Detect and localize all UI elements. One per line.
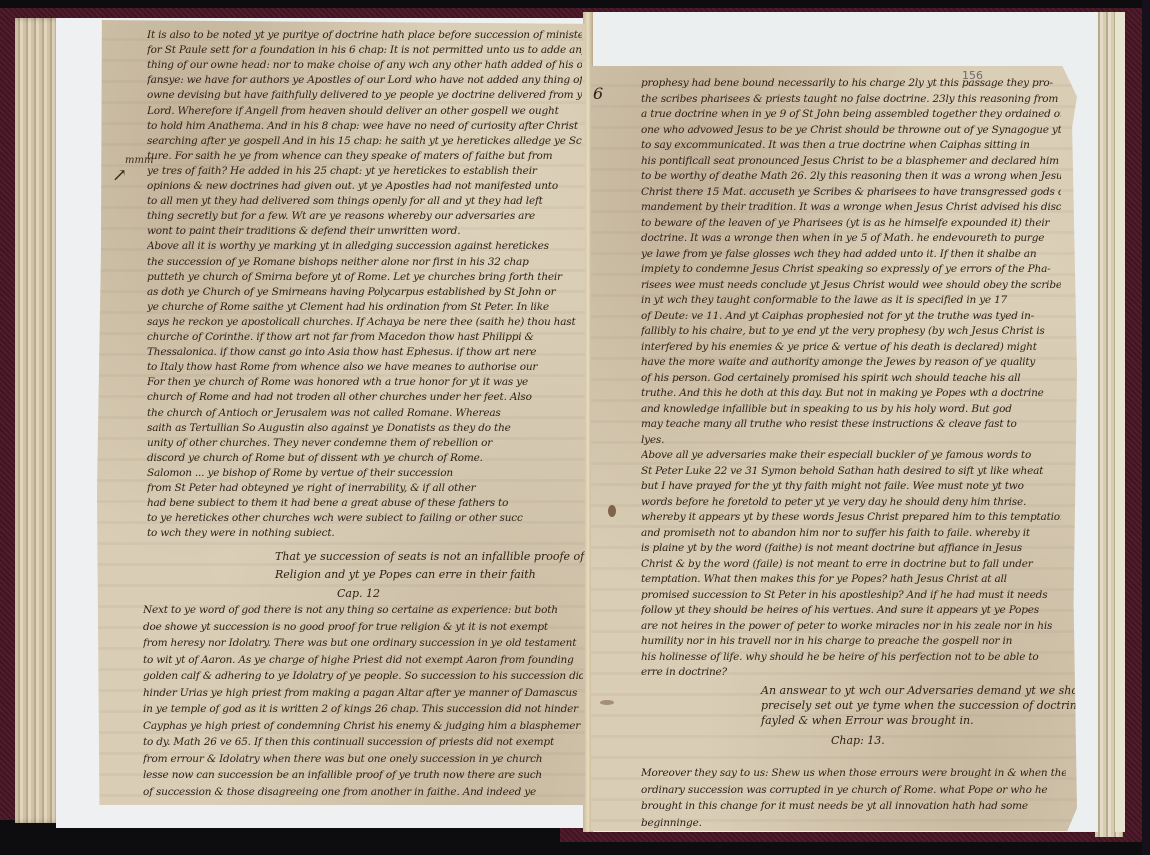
manuscript-line: and promiseth not to abandon him nor to … xyxy=(641,526,1061,540)
manuscript-line: are not heires in the power of peter to … xyxy=(641,619,1061,633)
manuscript-line: humility nor in his travell nor in his c… xyxy=(641,634,1061,648)
manuscript-line: his holinesse of life. why should he be … xyxy=(641,650,1061,664)
manuscript-line: ye tres of faith? He added in his 25 cha… xyxy=(147,164,582,178)
manuscript-line: to Italy thow hast Rome from whence also… xyxy=(147,360,582,374)
manuscript-line: brought in this change for it must needs… xyxy=(641,799,1066,813)
manuscript-line: to say excommunicated. It was then a tru… xyxy=(641,138,1061,152)
manuscript-line: risees wee must needs conclude yt Jesus … xyxy=(641,278,1061,292)
manuscript-line: to wch they were in nothing subiect. xyxy=(147,526,582,540)
manuscript-line: have the more waite and authority amonge… xyxy=(641,355,1061,369)
manuscript-line: Thessalonica. if thow canst go into Asia… xyxy=(147,345,582,359)
manuscript-line: from St Peter had obteyned ye right of i… xyxy=(147,481,582,495)
manuscript-line: to be worthy of deathe Math 26. 2ly this… xyxy=(641,169,1061,183)
section-heading-line: An answear to yt wch our Adversaries dem… xyxy=(761,684,1061,697)
background-top xyxy=(0,0,1150,8)
manuscript-line: fallibly to his chaire, but to ye end yt… xyxy=(641,324,1061,338)
manuscript-line: Cayphas ye high priest of condemning Chr… xyxy=(143,719,583,733)
manuscript-line: owne devising but have faithfully delive… xyxy=(147,88,582,102)
manuscript-line: hinder Urias ye high priest from making … xyxy=(143,686,583,700)
manuscript-line: promised succession to St Peter in his a… xyxy=(641,588,1061,602)
chapter-heading: Chap: 13. xyxy=(831,734,885,747)
manuscript-line: says he reckon ye apostolicall churches.… xyxy=(147,315,582,329)
page-edge-cream xyxy=(1115,12,1125,832)
manuscript-line: from heresy nor Idolatry. There was but … xyxy=(143,636,583,650)
manuscript-line: to ye heretickes other churches wch were… xyxy=(147,511,582,525)
folio-number: 156 xyxy=(962,69,983,82)
manuscript-line: saith as Tertullian So Augustin also aga… xyxy=(147,421,582,435)
manuscript-line: searching after ye gospell And in his 15… xyxy=(147,134,582,148)
manuscript-line: to beware of the leaven of ye Pharisees … xyxy=(641,216,1061,230)
manuscript-line: ordinary succession was corrupted in ye … xyxy=(641,783,1066,797)
manuscript-line: but I have prayed for the yt thy faith m… xyxy=(641,479,1061,493)
manuscript-line: to wit yt of Aaron. As ye charge of high… xyxy=(143,653,583,667)
manuscript-line: the scribes pharisees & priests taught n… xyxy=(641,92,1061,106)
section-heading-line: Religion and yt ye Popes can erre in the… xyxy=(275,568,585,581)
manuscript-line: words before he foretold to peter yt ye … xyxy=(641,495,1061,509)
manuscript-line: may teache many all truthe who resist th… xyxy=(641,417,1061,431)
manuscript-line: doe showe yt succession is no good proof… xyxy=(143,620,583,634)
manuscript-line: whereby it appears yt by these words Jes… xyxy=(641,510,1061,524)
manuscript-line: For then ye church of Rome was honored w… xyxy=(147,375,582,389)
manuscript-leaf-left: It is also to be noted yt ye puritye of … xyxy=(97,20,585,805)
manuscript-line: follow yt they should be heires of his v… xyxy=(641,603,1061,617)
manuscript-line: Christ there 15 Mat. accuseth ye Scribes… xyxy=(641,185,1061,199)
manuscript-line: and knowledge infallible but in speaking… xyxy=(641,402,1061,416)
manuscript-line: temptation. What then makes this for ye … xyxy=(641,572,1061,586)
manuscript-line: lyes. xyxy=(641,433,1061,447)
margin-note: mmm xyxy=(125,155,153,166)
manuscript-line: impiety to condemne Jesus Christ speakin… xyxy=(641,262,1061,276)
manuscript-line: truthe. And this he doth at this day. Bu… xyxy=(641,386,1061,400)
manuscript-leaf-right: prophesy had bene bound necessarily to h… xyxy=(591,66,1077,831)
manuscript-line: ye churche of Rome saithe yt Clement had… xyxy=(147,300,582,314)
manuscript-line: Salomon ... ye bishop of Rome by vertue … xyxy=(147,466,582,480)
manuscript-line: putteth ye church of Smirna before yt of… xyxy=(147,270,582,284)
manuscript-line: ture. For saith he ye from whence can th… xyxy=(147,149,582,163)
manuscript-line: ye lawe from ye false glosses wch they h… xyxy=(641,247,1061,261)
manuscript-line: prophesy had bene bound necessarily to h… xyxy=(641,76,1061,90)
manuscript-line: in yt wch they taught conformable to the… xyxy=(641,293,1061,307)
manuscript-line: in ye temple of god as it is written 2 o… xyxy=(143,702,583,716)
manuscript-line: of succession & those disagreeing one fr… xyxy=(143,785,583,799)
manuscript-line: to all men yt they had delivered som thi… xyxy=(147,194,582,208)
manuscript-line: erre in doctrine? xyxy=(641,665,1061,679)
manuscript-line: lesse now can succession be an infallibl… xyxy=(143,768,583,782)
manuscript-line: one who advowed Jesus to be ye Christ sh… xyxy=(641,123,1061,137)
manuscript-line: Next to ye word of god there is not any … xyxy=(143,603,583,617)
page-number: 6 xyxy=(593,84,603,103)
manuscript-line: It is also to be noted yt ye puritye of … xyxy=(147,28,582,42)
manuscript-line: for St Paule sett for a foundation in hi… xyxy=(147,43,582,57)
margin-mark-icon: ↗ xyxy=(112,165,127,186)
background-right xyxy=(1142,0,1150,855)
manuscript-line: church of Rome and had not troden all ot… xyxy=(147,390,582,404)
section-heading-line: fayled & when Errour was brought in. xyxy=(761,714,1061,727)
manuscript-line: Above all ye adversaries make their espe… xyxy=(641,448,1061,462)
manuscript-line: beginninge. xyxy=(641,816,1066,830)
manuscript-line: as doth ye Church of ye Smirneans having… xyxy=(147,285,582,299)
manuscript-line: fansye: we have for authors ye Apostles … xyxy=(147,73,582,87)
manuscript-line: thing secretly but for a few. Wt are ye … xyxy=(147,209,582,223)
ink-blot xyxy=(608,505,616,517)
manuscript-line: Christ & by the word (faile) is not mean… xyxy=(641,557,1061,571)
manuscript-line: Moreover they say to us: Shew us when th… xyxy=(641,766,1066,780)
manuscript-line: wont to paint their traditions & defend … xyxy=(147,224,582,238)
section-heading-line: That ye succession of seats is not an in… xyxy=(275,550,585,563)
manuscript-line: the succession of ye Romane bishops neit… xyxy=(147,255,582,269)
manuscript-line: discord ye church of Rome but of dissent… xyxy=(147,451,582,465)
page-edges-left xyxy=(15,18,60,823)
section-heading-line: precisely set out ye tyme when the succe… xyxy=(761,699,1061,712)
manuscript-line: is plaine yt by the word (faithe) is not… xyxy=(641,541,1061,555)
manuscript-line: doctrine. It was a wronge then when in y… xyxy=(641,231,1061,245)
manuscript-line: the church of Antioch or Jerusalem was n… xyxy=(147,406,582,420)
manuscript-line: had bene subiect to them it had bene a g… xyxy=(147,496,582,510)
manuscript-line: opinions & new doctrines had given out. … xyxy=(147,179,582,193)
manuscript-line: churche of Corinthe. if thow art not far… xyxy=(147,330,582,344)
manuscript-line: golden calf & adhering to ye Idolatry of… xyxy=(143,669,583,683)
manuscript-line: a true doctrine when in ye 9 of St John … xyxy=(641,107,1061,121)
manuscript-line: Lord. Wherefore if Angell from heaven sh… xyxy=(147,104,582,118)
manuscript-line: thing of our owne head: nor to make choi… xyxy=(147,58,582,72)
manuscript-line: interfered by his enemies & ye price & v… xyxy=(641,340,1061,354)
manuscript-line: his pontificall seat pronounced Jesus Ch… xyxy=(641,154,1061,168)
manuscript-line: unity of other churches. They never cond… xyxy=(147,436,582,450)
manuscript-line: from errour & Idolatry when there was bu… xyxy=(143,752,583,766)
manuscript-line: to dy. Math 26 ve 65. If then this conti… xyxy=(143,735,583,749)
manuscript-line: of his person. God certainely promised h… xyxy=(641,371,1061,385)
manuscript-line: of Deute: ve 11. And yt Caiphas prophesi… xyxy=(641,309,1061,323)
manuscript-line: to hold him Anathema. And in his 8 chap:… xyxy=(147,119,582,133)
chapter-heading: Cap. 12 xyxy=(337,587,380,600)
manuscript-line: Above all it is worthy ye marking yt in … xyxy=(147,239,582,253)
manuscript-line: mandement by their tradition. It was a w… xyxy=(641,200,1061,214)
ink-blot xyxy=(600,700,614,705)
manuscript-line: St Peter Luke 22 ve 31 Symon behold Sath… xyxy=(641,464,1061,478)
